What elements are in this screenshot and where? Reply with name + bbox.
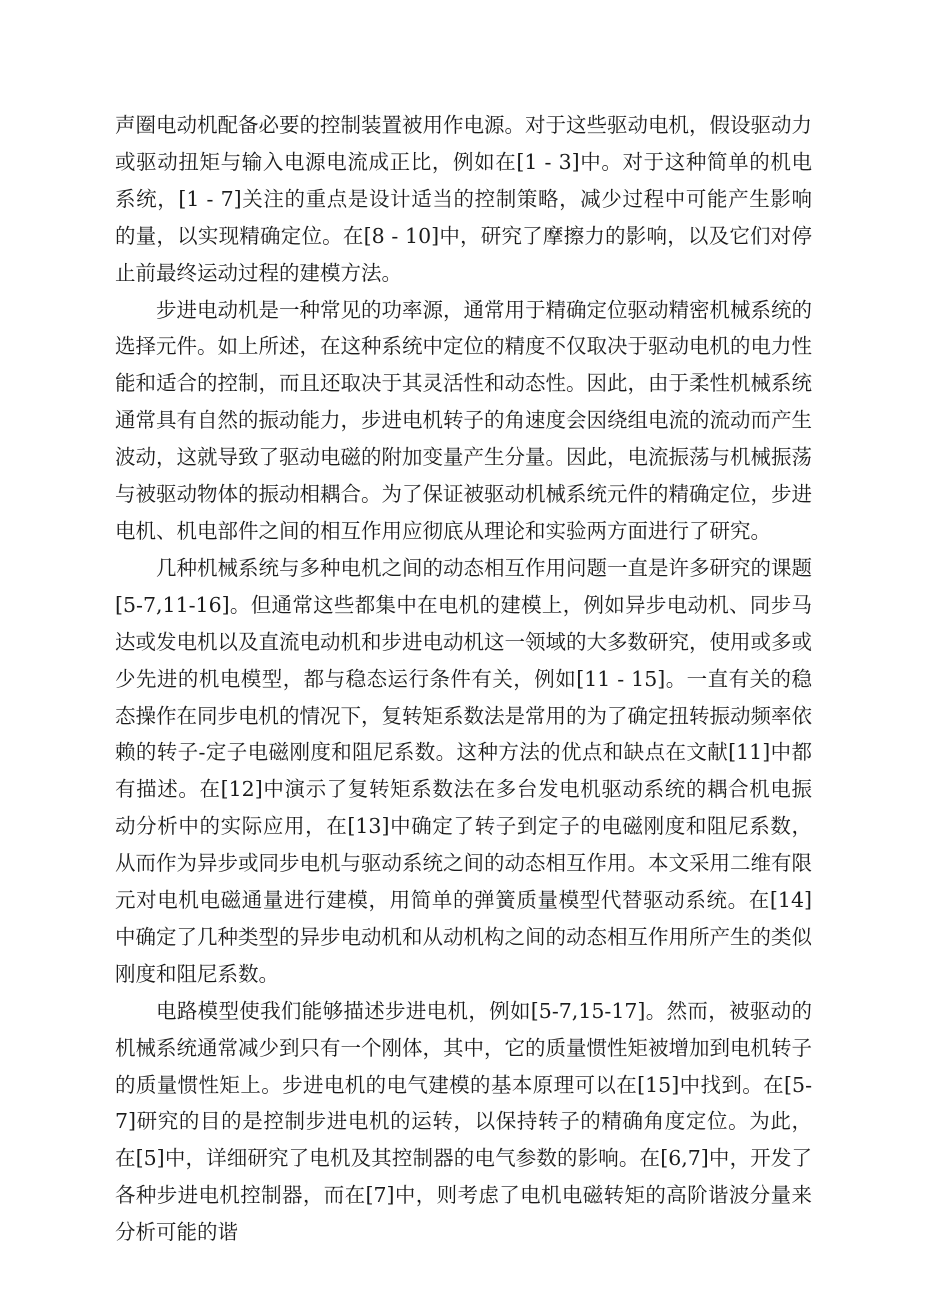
paragraph-voice-coil-motors: 声圈电动机配备必要的控制装置被用作电源。对于这些驱动电机，假设驱动力或驱动扭矩与… (115, 107, 812, 292)
document-page: 声圈电动机配备必要的控制装置被用作电源。对于这些驱动电机，假设驱动力或驱动扭矩与… (0, 0, 926, 1309)
paragraph-stepper-motor-power-source: 步进电动机是一种常见的功率源，通常用于精确定位驱动精密机械系统的选择元件。如上所… (115, 292, 812, 550)
paragraph-circuit-models: 电路模型使我们能够描述步进电机，例如[5-7,15-17]。然而，被驱动的机械系… (115, 993, 812, 1251)
paragraph-dynamic-interaction-research: 几种机械系统与多种电机之间的动态相互作用问题一直是许多研究的课题[5-7,11-… (115, 550, 812, 993)
